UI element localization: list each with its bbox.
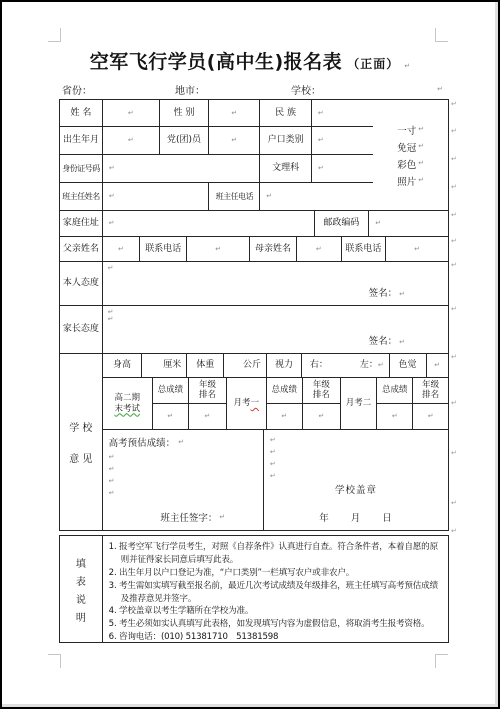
vision-input-cell[interactable]: 右： 左： ↵ — [302, 354, 390, 378]
form-title-text: 空军飞行学员(高中生)报名表 — [90, 51, 342, 73]
instruction-item: 2. 出生年月以户口登记为准，“户口类别”一栏填写农户或非农户。 — [109, 567, 442, 580]
gaokao-estimate-line: 高考预估成绩： ↵ — [109, 435, 257, 449]
instructions-vertical-label: 填 表 说 明 — [60, 536, 103, 642]
monthly2-total-input-cell[interactable]: ↵ — [377, 404, 413, 430]
paragraph-mark: ↵ — [414, 246, 420, 253]
ethnicity-input-cell[interactable]: ↵ — [312, 100, 373, 127]
row-parent-attitude: 家长态度 ↵ ↵ 签名：↵ — [60, 306, 448, 354]
row-name: 姓 名 ↵ 性 别 ↵ 民 族 ↵ — [60, 100, 373, 127]
paragraph-mark: ↵ — [418, 126, 424, 133]
paragraph-mark: ↵ — [318, 165, 324, 172]
self-attitude-label: 本人态度 — [60, 262, 103, 306]
paragraph-mark: ↵ — [451, 262, 457, 269]
paragraph-mark: ↵ — [451, 528, 457, 535]
mother-phone-input-cell[interactable]: ↵ — [386, 237, 448, 262]
paragraph-mark: ↵ — [451, 156, 457, 163]
paragraph-mark: ↵ — [434, 362, 440, 369]
form-title-side-text: （正面） — [347, 57, 399, 71]
photo-line: 一寸↵ — [397, 123, 424, 137]
school-opinion-label-line2: 意 见 — [69, 450, 92, 465]
weight-unit-label: 公斤 — [243, 360, 261, 370]
paragraph-mark: ↵ — [451, 212, 457, 219]
paragraph-mark: ↵ — [270, 470, 442, 482]
paragraph-mark: ↵ — [118, 246, 124, 253]
school-seal-label: 学校盖章 — [264, 482, 448, 496]
crop-mark-top-left — [48, 28, 61, 42]
row-self-attitude: 本人态度 ↵ 签名：↵ — [60, 262, 448, 306]
gender-input-cell[interactable]: ↵ — [209, 100, 260, 127]
paragraph-mark: ↵ — [451, 450, 457, 457]
color-vision-label: 色觉 — [390, 354, 427, 378]
father-name-label: 父亲姓名 — [60, 237, 103, 262]
photo-line-text: 免冠 — [397, 140, 416, 154]
monthly-exam1-label: 月考一 — [227, 378, 267, 430]
final-total-column: 总成绩 ↵ — [153, 378, 189, 430]
height-label: 身高 — [103, 354, 143, 378]
paragraph-mark: ↵ — [231, 110, 237, 117]
head-teacher-name-input-cell[interactable]: ↵ — [103, 183, 210, 211]
paragraph-mark: ↵ — [109, 220, 115, 227]
height-unit-label: 厘米 — [163, 360, 181, 370]
instructions-list: 1. 报考空军飞行学员考生，对照《自荐条件》认真进行自查。符合条件者，本着自愿的… — [103, 536, 448, 642]
document-page: 空军飞行学员(高中生)报名表 （正面） ↵ 省份： 地市： 学校： ↵ 姓 名 … — [0, 0, 500, 709]
paragraph-mark: ↵ — [451, 238, 457, 245]
vision-left-label: 左： — [360, 360, 378, 370]
paragraph-mark: ↵ — [215, 246, 221, 253]
paragraph-mark: ↵ — [270, 434, 442, 446]
row-physical: 身高 厘米 体重 公斤 视力 右： 左： ↵ 色觉 ↵ — [103, 354, 448, 378]
monthly1-rank-column: 年级排名 ↵ — [303, 378, 341, 430]
monthly2-rank-column: 年级排名 ↵ — [413, 378, 448, 430]
party-member-label: 党(团)员 — [160, 127, 210, 155]
party-member-input-cell[interactable]: ↵ — [209, 127, 260, 155]
date-line: 年 月 日 — [264, 510, 448, 524]
paragraph-mark: ↵ — [318, 413, 324, 420]
crop-mark-bottom-right — [435, 654, 448, 668]
opinion-block: 高考预估成绩： ↵ ↵ ↵ ↵ ↵ 班主任签字： ↵ ↵ — [103, 430, 448, 530]
gender-label: 性 别 — [160, 100, 210, 127]
row-parents: 父亲姓名 ↵ 联系电话 ↵ 母亲姓名 ↵ 联系电话 ↵ — [60, 237, 448, 262]
head-teacher-phone-label: 班主任电话 — [209, 183, 260, 211]
father-phone-input-cell[interactable]: ↵ — [187, 237, 250, 262]
final-exam-label: 高二期 末考试 — [103, 378, 153, 430]
final-exam-label-line2: 末考试 — [114, 404, 140, 415]
home-address-label: 家庭住址 — [60, 211, 103, 237]
self-attitude-input-cell[interactable]: ↵ 签名：↵ — [103, 262, 448, 306]
paragraph-mark: ↵ — [392, 413, 398, 420]
paragraph-mark: ↵ — [318, 137, 324, 144]
vision-label: 视力 — [267, 354, 302, 378]
paragraph-mark: ↵ — [109, 165, 115, 172]
postal-code-label: 邮政编码 — [315, 211, 370, 237]
monthly1-total-column: 总成绩 ↵ — [267, 378, 303, 430]
postal-code-input-cell[interactable]: ↵ — [369, 211, 448, 237]
arts-science-input-cell[interactable]: ↵ — [312, 155, 373, 183]
id-number-label: 身份证号码 — [60, 155, 103, 183]
ethnicity-label: 民 族 — [260, 100, 312, 127]
paragraph-mark: ↵ — [418, 143, 424, 150]
school-label: 学校： — [291, 82, 321, 97]
self-signature-line: 签名：↵ — [369, 289, 405, 300]
birth-date-input-cell[interactable]: ↵ — [103, 127, 160, 155]
father-name-input-cell[interactable]: ↵ — [103, 237, 141, 262]
province-label: 省份： — [62, 82, 92, 97]
paragraph-mark: ↵ — [108, 265, 114, 272]
instruction-item: 5. 考生必须如实认真填写此表格，如发现填写内容为虚假信息，将取消考生报考资格。 — [109, 618, 442, 631]
monthly-exam1-number: 一 — [251, 398, 260, 408]
instruction-item: 4. 学校盖章以考生学籍所在学校为准。 — [109, 605, 442, 618]
paragraph-mark: ↵ — [375, 220, 381, 227]
paragraph-mark: ↵ — [451, 101, 457, 108]
photo-line: 免冠↵ — [397, 140, 424, 154]
paragraph-mark: ↵ — [316, 246, 322, 253]
signature-label: 签名： — [369, 289, 398, 300]
form-title: 空军飞行学员(高中生)报名表 （正面） ↵ — [2, 47, 498, 74]
exam-scores-block: 高二期 末考试 总成绩 ↵ 年级排名 ↵ 月考一 总成绩 — [103, 378, 448, 430]
head-teacher-sign-line: 班主任签字： ↵ — [160, 510, 225, 524]
parent-attitude-input-cell[interactable]: ↵ ↵ 签名：↵ — [103, 306, 448, 354]
monthly2-total-column: 总成绩 ↵ — [377, 378, 413, 430]
photo-line-text: 照片 — [397, 174, 416, 188]
paragraph-mark: ↵ — [451, 184, 457, 191]
paragraph-mark: ↵ — [270, 446, 442, 458]
monthly1-rank-input-cell[interactable]: ↵ — [303, 404, 341, 430]
head-teacher-phone-input-cell[interactable]: ↵ — [260, 183, 373, 211]
photo-line: 照片↵ — [397, 174, 424, 188]
monthly1-total-input-cell[interactable]: ↵ — [267, 404, 303, 430]
photo-cell: 一寸↵ 免冠↵ 彩色↵ 照片↵ — [373, 100, 448, 211]
paragraph-mark: ↵ — [418, 177, 424, 184]
final-rank-column: 年级排名 ↵ — [189, 378, 227, 430]
final-total-input-cell[interactable]: ↵ — [153, 404, 189, 430]
paragraph-mark: ↵ — [428, 413, 434, 420]
paragraph-mark: ↵ — [109, 463, 257, 475]
total-score-header: 总成绩 — [153, 378, 189, 404]
mother-phone-label: 联系电话 — [342, 237, 387, 262]
hukou-type-label: 户口类别 — [260, 127, 312, 155]
vision-right-label: 右： — [310, 360, 328, 370]
school-opinion-label-line1: 学 校 — [69, 419, 92, 434]
hukou-type-input-cell[interactable]: ↵ — [312, 127, 373, 155]
mother-name-input-cell[interactable]: ↵ — [297, 237, 342, 262]
monthly2-rank-input-cell[interactable]: ↵ — [413, 404, 448, 430]
paragraph-mark: ↵ — [109, 451, 257, 463]
grade-rank-header: 年级排名 — [413, 378, 448, 404]
monthly-exam2-text: 月考二 — [346, 398, 372, 409]
name-input-cell[interactable]: ↵ — [103, 100, 160, 127]
row-address: 家庭住址 ↵ 邮政编码 ↵ — [60, 211, 448, 237]
paragraph-mark: ↵ — [451, 306, 457, 313]
final-exam-label-line1: 高二期 — [114, 393, 140, 404]
grade-rank-line2: 排名 — [313, 391, 330, 400]
row-head-teacher: 班主任姓名 ↵ 班主任电话 ↵ — [60, 183, 373, 211]
total-score-header: 总成绩 — [377, 378, 413, 404]
paragraph-mark: ↵ — [451, 500, 457, 507]
weight-input-cell[interactable]: 公斤 — [224, 354, 267, 378]
paragraph-mark: ↵ — [219, 514, 225, 521]
paragraph-mark: ↵ — [451, 354, 457, 361]
weight-label: 体重 — [187, 354, 224, 378]
instruction-item: 3. 考生需如实填写截至报名前，最近几次考试成绩及年级排名，班主任填写高考预估成… — [109, 580, 442, 606]
paragraph-mark: ↵ — [178, 439, 184, 446]
city-label: 地市： — [175, 82, 205, 97]
monthly-exam1-prefix: 月考 — [234, 398, 251, 408]
school-seal-cell[interactable]: ↵ ↵ ↵ ↵ 学校盖章 年 月 日 — [264, 430, 448, 530]
paragraph-mark: ↵ — [231, 137, 237, 144]
row-id-number: 身份证号码 ↵ 文理科 ↵ — [60, 155, 373, 183]
photo-line-text: 彩色 — [397, 157, 416, 171]
registration-form-table: 姓 名 ↵ 性 别 ↵ 民 族 ↵ 出生年月 ↵ 党(团)员 ↵ 户口类别 ↵ … — [59, 99, 449, 531]
father-phone-label: 联系电话 — [140, 237, 187, 262]
paragraph-mark: ↵ — [109, 487, 257, 499]
personal-info-section: 姓 名 ↵ 性 别 ↵ 民 族 ↵ 出生年月 ↵ 党(团)员 ↵ 户口类别 ↵ … — [60, 100, 448, 211]
paragraph-mark: ↵ — [318, 110, 324, 117]
filling-instructions-table: 填 表 说 明 1. 报考空军飞行学员考生，对照《自荐条件》认真进行自查。符合条… — [59, 535, 449, 643]
parent-attitude-label: 家长态度 — [60, 306, 103, 354]
name-label: 姓 名 — [60, 100, 103, 127]
header-line: 省份： 地市： 学校： ↵ — [59, 82, 449, 98]
paragraph-mark: ↵ — [399, 291, 405, 298]
id-number-input-cell[interactable]: ↵ — [103, 155, 260, 183]
head-teacher-name-label: 班主任姓名 — [60, 183, 103, 211]
crop-mark-top-right — [435, 28, 448, 42]
row-birth: 出生年月 ↵ 党(团)员 ↵ 户口类别 ↵ — [60, 127, 373, 155]
school-opinion-section: 学 校 意 见 身高 厘米 体重 公斤 视力 右： 左： ↵ 色觉 — [60, 354, 448, 530]
parent-signature-line: 签名：↵ — [369, 337, 405, 348]
monthly-exam1-text: 月考一 — [234, 398, 260, 409]
final-rank-input-cell[interactable]: ↵ — [189, 404, 227, 430]
mother-name-label: 母亲姓名 — [250, 237, 297, 262]
paragraph-mark: ↵ — [205, 413, 211, 420]
paragraph-mark: ↵ — [128, 110, 134, 117]
paragraph-mark: ↵ — [281, 413, 287, 420]
grade-rank-header: 年级排名 — [189, 378, 227, 404]
monthly-exam2-label: 月考二 — [341, 378, 377, 430]
paragraph-mark: ↵ — [128, 137, 134, 144]
paragraph-mark: ↵ — [167, 413, 173, 420]
paragraph-mark: ↵ — [266, 193, 272, 200]
head-teacher-sign-label: 班主任签字： — [160, 510, 217, 524]
total-score-header: 总成绩 — [267, 378, 303, 404]
birth-date-label: 出生年月 — [60, 127, 103, 155]
school-opinion-vertical-label: 学 校 意 见 — [60, 354, 103, 530]
paragraph-mark: ↵ — [399, 339, 405, 346]
arts-science-label: 文理科 — [260, 155, 312, 183]
paragraph-mark: ↵ — [418, 160, 424, 167]
instructions-label-char: 明 — [76, 609, 86, 624]
home-address-input-cell[interactable]: ↵ — [103, 211, 315, 237]
photo-line: 彩色↵ — [397, 157, 424, 171]
grade-rank-header: 年级排名 — [303, 378, 341, 404]
paragraph-mark: ↵ — [437, 86, 443, 93]
instruction-item: 1. 报考空军飞行学员考生，对照《自荐条件》认真进行自查。符合条件者，本着自愿的… — [109, 541, 442, 567]
paragraph-mark: ↵ — [378, 362, 384, 369]
paragraph-mark: ↵ — [108, 316, 114, 323]
paragraph-mark: ↵ — [404, 62, 410, 70]
paragraph-mark: ↵ — [270, 458, 442, 470]
height-input-cell[interactable]: 厘米 — [142, 354, 187, 378]
instructions-label-char: 说 — [76, 591, 86, 606]
paragraph-mark: ↵ — [451, 128, 457, 135]
instructions-label-char: 填 — [76, 555, 86, 570]
color-vision-input-cell[interactable]: ↵ — [427, 354, 448, 378]
photo-line-text: 一寸 — [397, 123, 416, 137]
crop-mark-bottom-left — [48, 654, 61, 668]
signature-label: 签名： — [369, 337, 398, 348]
grade-rank-line2: 排名 — [199, 391, 216, 400]
gaokao-estimate-label: 高考预估成绩： — [109, 435, 176, 449]
school-opinion-content: 身高 厘米 体重 公斤 视力 右： 左： ↵ 色觉 ↵ — [103, 354, 448, 530]
grade-rank-line2: 排名 — [422, 391, 439, 400]
paragraph-mark: ↵ — [451, 400, 457, 407]
instruction-item: 6. 咨询电话：(010) 51381710 51381598 — [109, 631, 442, 644]
paragraph-mark: ↵ — [109, 475, 257, 487]
instructions-label-char: 表 — [76, 573, 86, 588]
gaokao-estimate-cell[interactable]: 高考预估成绩： ↵ ↵ ↵ ↵ ↵ 班主任签字： ↵ — [103, 430, 264, 530]
paragraph-mark: ↵ — [109, 193, 115, 200]
